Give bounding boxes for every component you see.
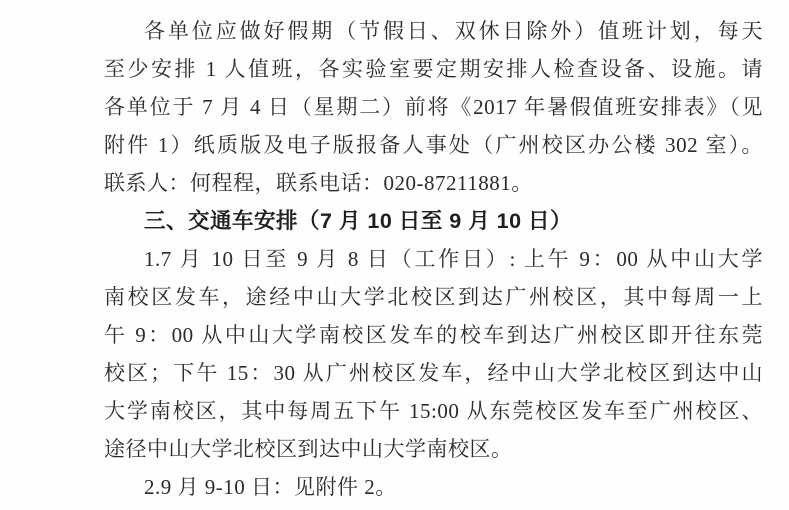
text-line: 1.7 月 10 日至 9 月 8 日（工作日）: 上午 9：00 从中山大学 — [104, 240, 763, 278]
section-heading: 三、交通车安排（7 月 10 日至 9 月 10 日） — [104, 202, 763, 240]
text-line: 途径中山大学北校区到达中山大学南校区。 — [104, 430, 763, 468]
text-line: 2.9 月 9-10 日：见附件 2。 — [104, 468, 763, 506]
text-line: 各单位于 7 月 4 日（星期二）前将《2017 年暑假值班安排表》（见 — [104, 88, 763, 126]
document-page: 各单位应做好假期（节假日、双休日除外）值班计划，每天至少安排 1 人值班，各实验… — [0, 0, 789, 510]
text-line: 至少安排 1 人值班，各实验室要定期安排人检查设备、设施。请 — [104, 50, 763, 88]
document-content: 各单位应做好假期（节假日、双休日除外）值班计划，每天至少安排 1 人值班，各实验… — [104, 12, 763, 506]
text-line: 联系人：何程程，联系电话：020-87211881。 — [104, 164, 763, 202]
text-line: 各单位应做好假期（节假日、双休日除外）值班计划，每天 — [104, 12, 763, 50]
text-line: 大学南校区，其中每周五下午 15:00 从东莞校区发车至广州校区、 — [104, 392, 763, 430]
text-line: 南校区发车，途经中山大学北校区到达广州校区，其中每周一上 — [104, 278, 763, 316]
text-line: 附件 1）纸质版及电子版报备人事处（广州校区办公楼 302 室）。 — [104, 126, 763, 164]
text-line: 校区；下午 15：30 从广州校区发车，经中山大学北校区到达中山 — [104, 354, 763, 392]
text-line: 午 9：00 从中山大学南校区发车的校车到达广州校区即开往东莞 — [104, 316, 763, 354]
